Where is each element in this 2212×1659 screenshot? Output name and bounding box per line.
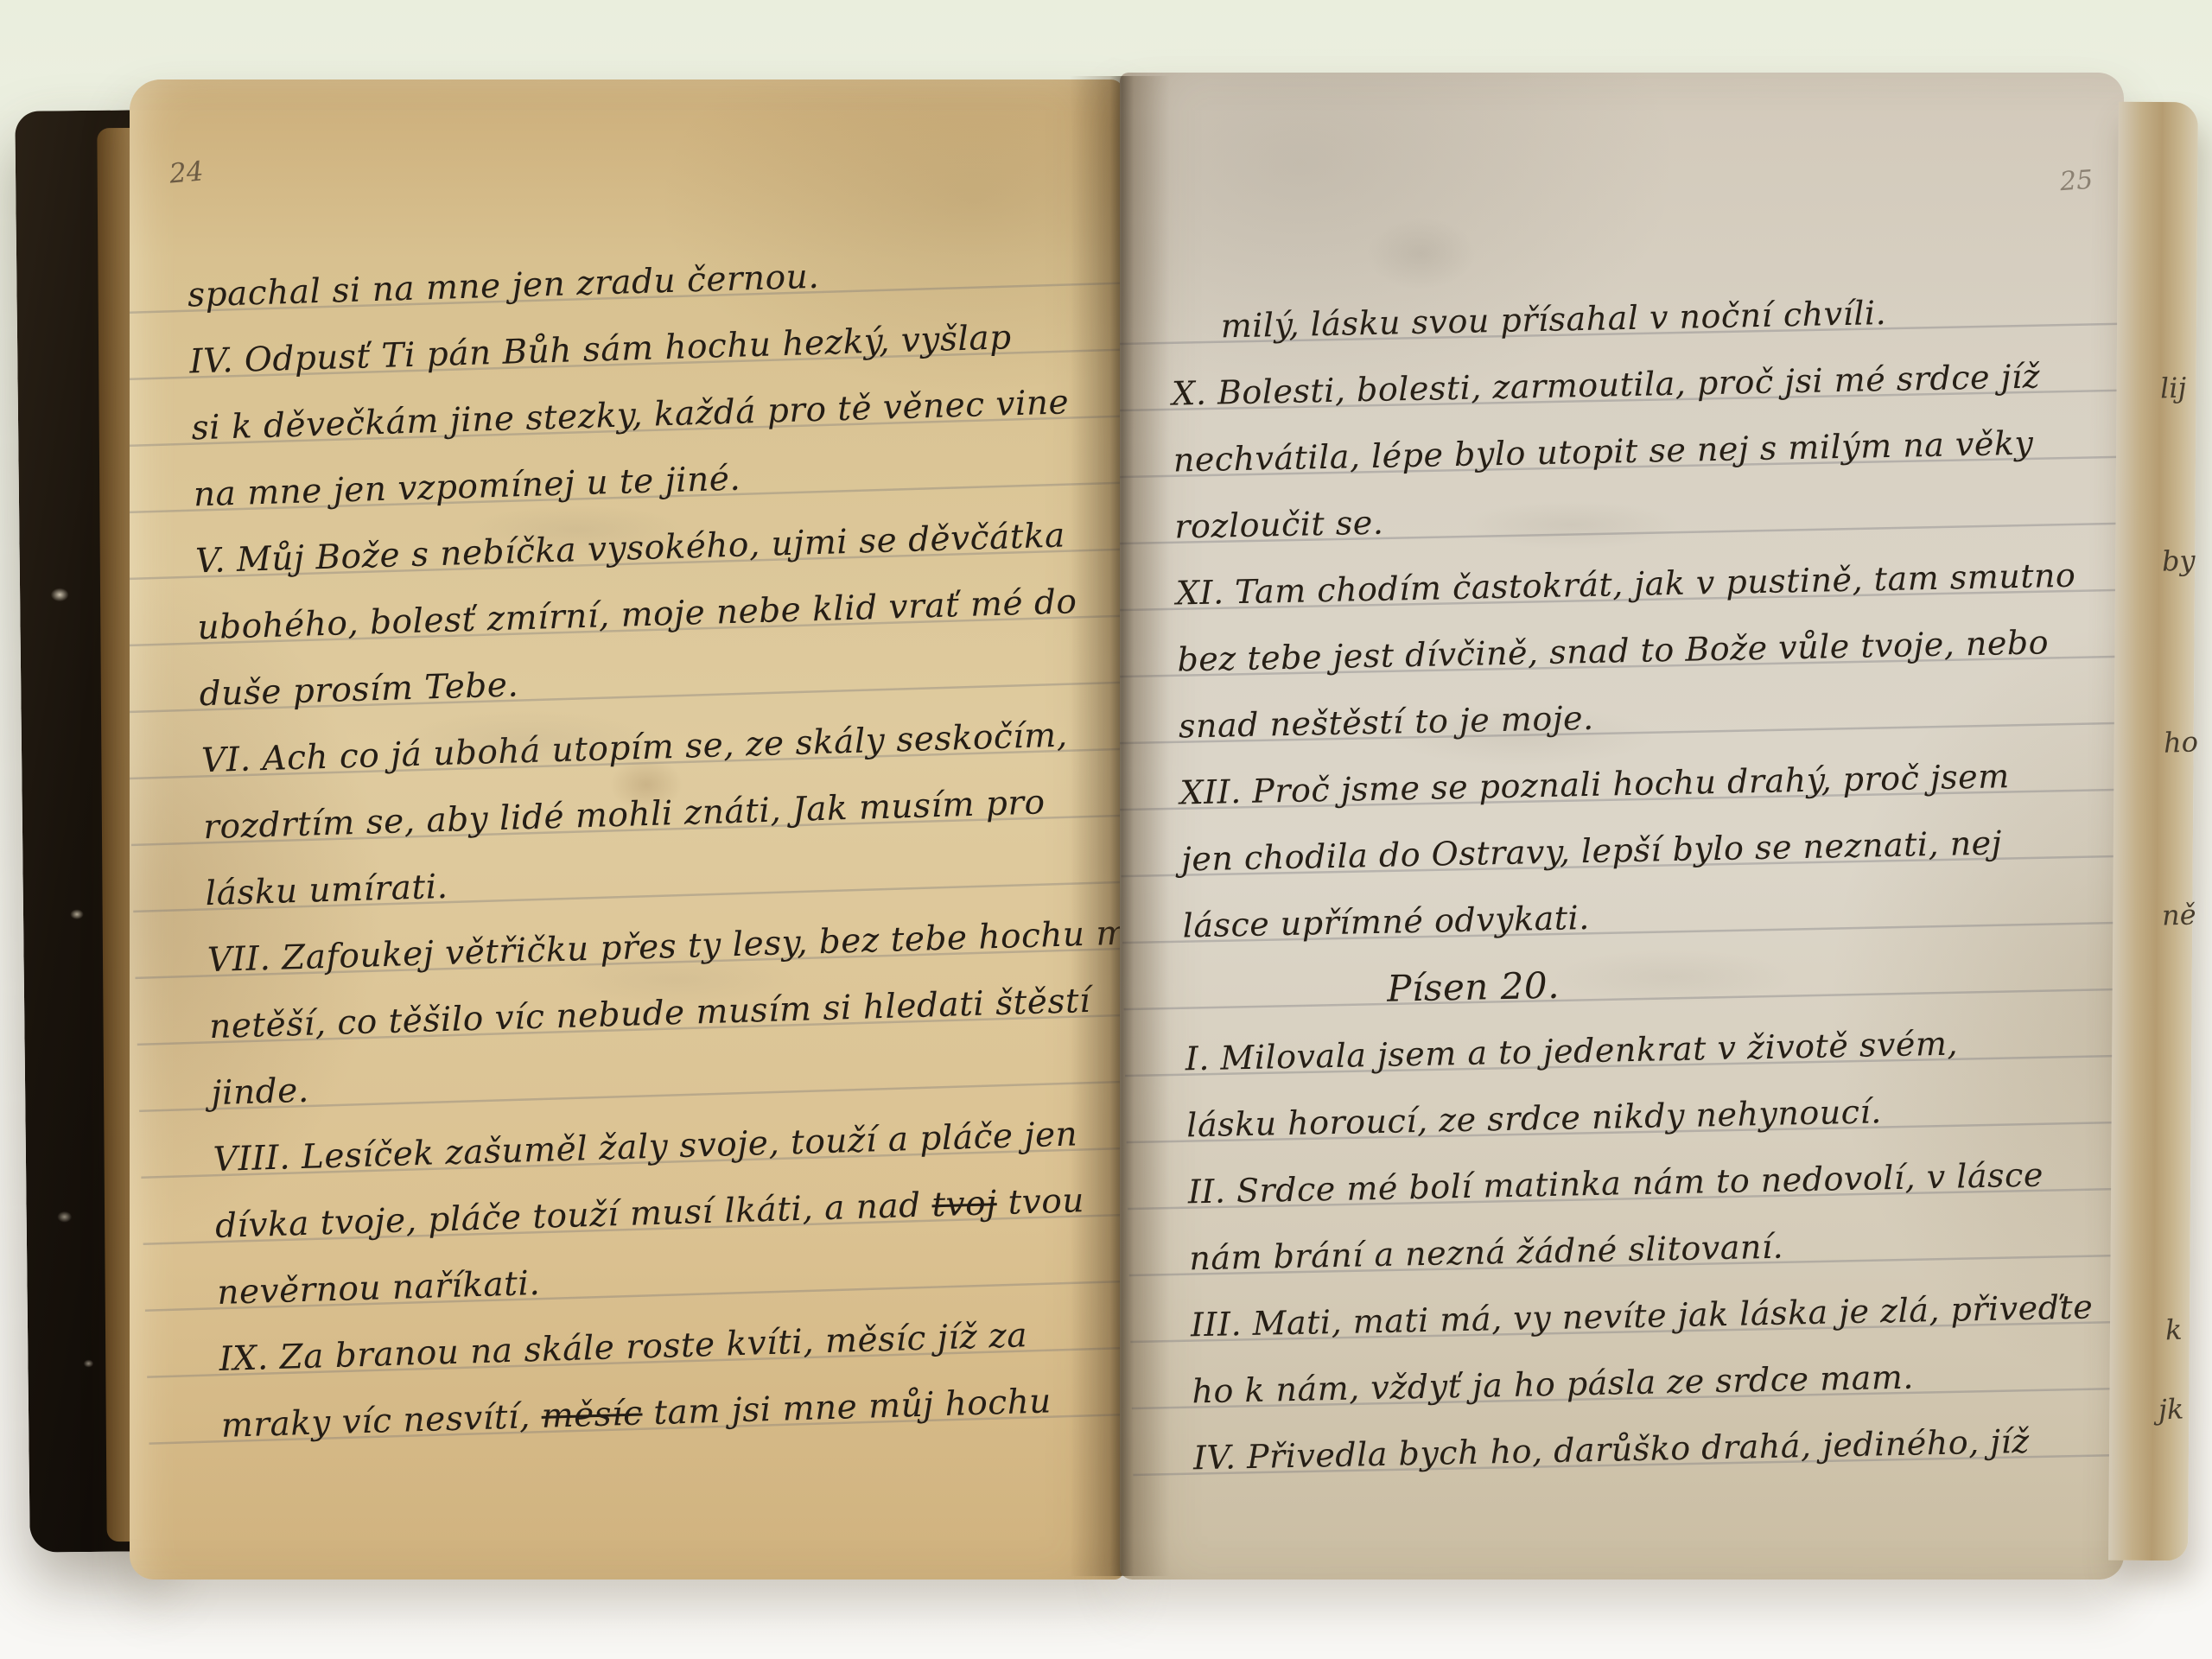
page-edge-text-fragment: jk: [2158, 1393, 2184, 1427]
line-text: dívka tvoje, pláče touží musí lkáti, a n…: [214, 1185, 932, 1246]
page-edge-text-fragment: k: [2164, 1313, 2183, 1347]
page-number-right: 25: [2059, 165, 2094, 198]
page-edge-text-fragment: lij: [2159, 371, 2187, 404]
line-text: tam jsi mne můj hochu: [642, 1382, 1052, 1433]
page-number-left: 24: [168, 156, 205, 189]
notebook-left-page: spachal si na mne jen zradu černou. IV. …: [130, 79, 1123, 1580]
notebook-right-page: milý, lásku svou přísahal v noční chvíli…: [1120, 73, 2124, 1580]
line-text: mraky víc nesvítí,: [220, 1397, 542, 1446]
left-page-handwriting: spachal si na mne jen zradu černou. IV. …: [130, 224, 1123, 1461]
crossed-out-word: tvoj: [931, 1184, 998, 1224]
crossed-out-word: měsíc: [541, 1394, 643, 1435]
right-page-handwriting: milý, lásku svou přísahal v noční chvíli…: [1120, 270, 2124, 1493]
page-edge-text-fragment: by: [2161, 543, 2196, 577]
right-page-stack-edge: [2108, 102, 2198, 1561]
line-text: tvou: [996, 1181, 1084, 1223]
notebook-photo: spachal si na mne jen zradu černou. IV. …: [0, 0, 2212, 1659]
page-edge-text-fragment: ně: [2161, 898, 2196, 931]
page-edge-text-fragment: ho: [2163, 725, 2198, 759]
